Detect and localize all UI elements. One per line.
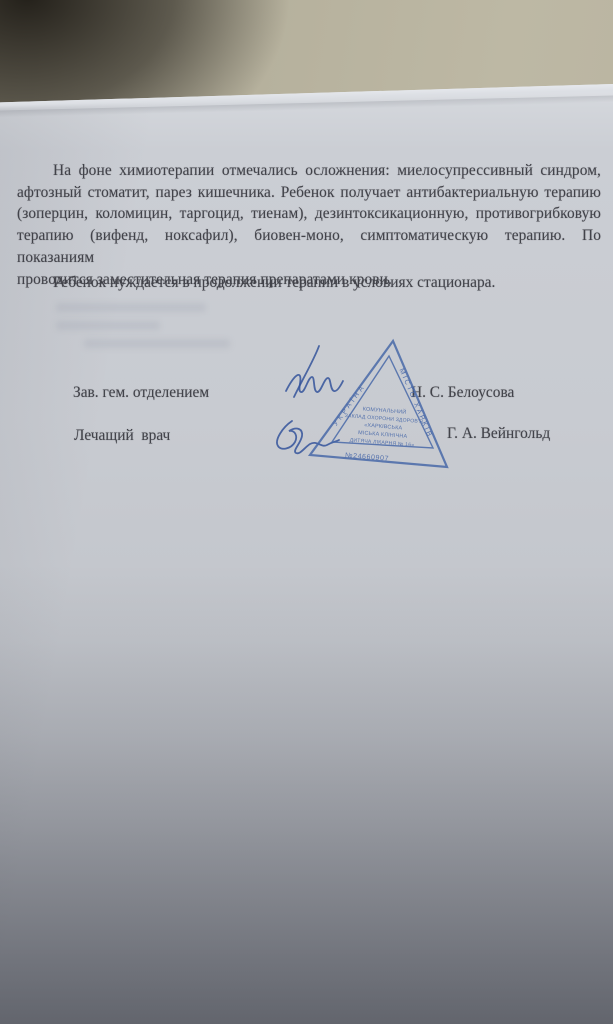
ghost-print-mark [84, 339, 230, 348]
paragraph-line: афтозный стоматит, парез кишечника. Ребе… [17, 182, 601, 204]
ink-layer: УКРАЇНА МІСТО ХАРКІВ КОМУНАЛЬНИЙ ЗАКЛАД … [255, 330, 480, 485]
stamp-city-label: МІСТО ХАРКІВ [397, 367, 433, 439]
stamp-registration-number: №24660907 [345, 452, 389, 462]
role-label-attending-doctor: Лечащий врач [74, 426, 170, 445]
triangular-stamp: УКРАЇНА МІСТО ХАРКІВ КОМУНАЛЬНИЙ ЗАКЛАД … [310, 341, 447, 467]
document-photo: На фоне химиотерапии отмечались осложнен… [0, 0, 613, 1024]
paragraph-line: (зоперцин, коломицин, таргоцид, тиенам),… [17, 203, 601, 225]
conclusion-paragraph: Ребенок нуждается в продолжении терапии … [17, 272, 601, 294]
stamp-country-label: УКРАЇНА [331, 382, 367, 427]
role-label-head-of-hematology: Зав. гем. отделением [73, 383, 209, 402]
paper-sheet [0, 0, 613, 1024]
treatment-paragraph: На фоне химиотерапии отмечались осложнен… [17, 160, 601, 290]
signature-attending-doctor [277, 421, 339, 453]
ghost-print-mark [56, 321, 160, 330]
ghost-print-mark [56, 303, 206, 312]
signature-head-of-department [286, 346, 343, 397]
paragraph-line: На фоне химиотерапии отмечались осложнен… [17, 160, 601, 182]
paragraph-line: терапию (вифенд, ноксафил), биовен-моно,… [17, 225, 601, 268]
stamp-organization-text: КОМУНАЛЬНИЙ ЗАКЛАД ОХОРОНИ ЗДОРОВ'Я «ХАР… [343, 403, 425, 449]
